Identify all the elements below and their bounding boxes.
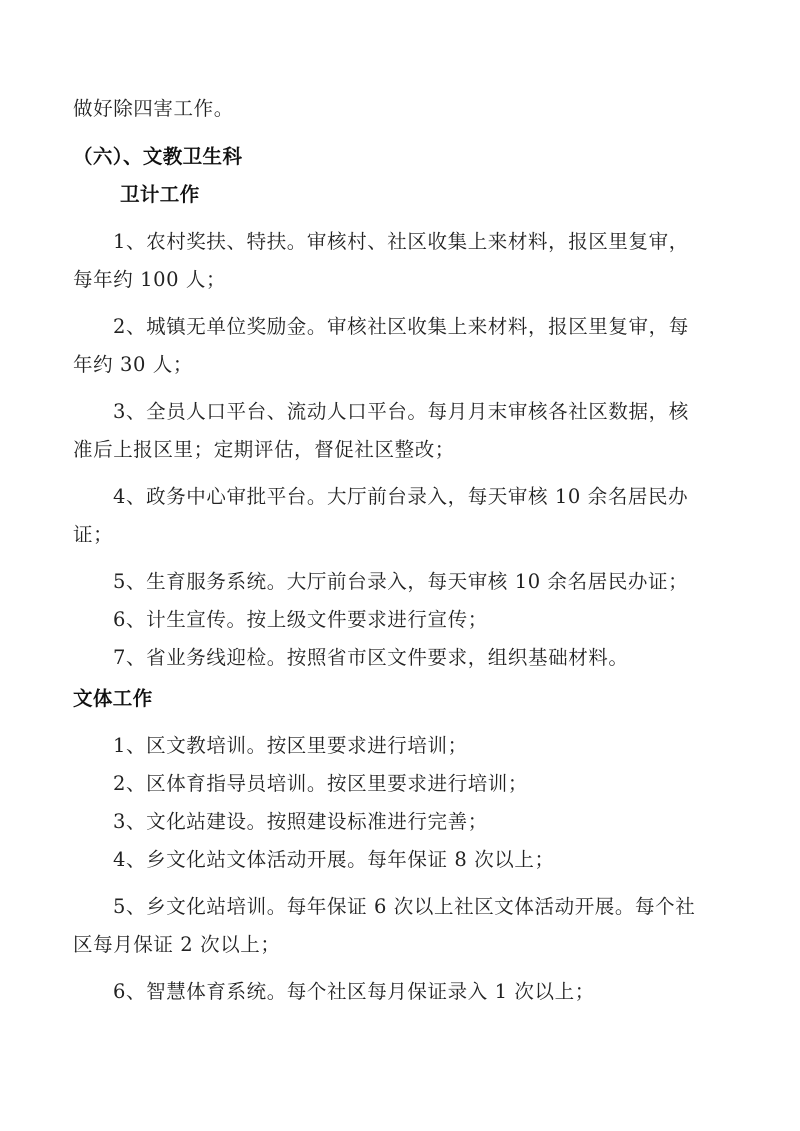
list-item-wenti-1: 1、区文教培训。按区里要求进行培训；: [113, 734, 468, 758]
body-line: 做好除四害工作。: [73, 97, 234, 121]
list-item-weiji-2-cont: 年约 30 人；: [73, 353, 193, 377]
list-item-weiji-1-cont: 每年约 100 人；: [73, 268, 226, 292]
list-item-wenti-6: 6、智慧体育系统。每个社区每月保证录入 1 次以上；: [113, 980, 595, 1004]
subheading-weiji-work: 卫计工作: [120, 183, 200, 207]
list-item-wenti-5-cont: 区每月保证 2 次以上；: [73, 933, 281, 957]
list-item-weiji-1: 1、农村奖扶、特扶。审核村、社区收集上来材料，报区里复审，: [113, 230, 689, 254]
list-item-weiji-7: 7、省业务线迎检。按照省市区文件要求，组织基础材料。: [113, 646, 629, 670]
list-item-wenti-3: 3、文化站建设。按照建设标准进行完善；: [113, 810, 488, 834]
list-item-weiji-3: 3、全员人口平台、流动人口平台。每月月末审核各社区数据，核: [113, 400, 689, 424]
list-item-weiji-4: 4、政务中心审批平台。大厅前台录入，每天审核 10 余名居民办: [113, 485, 688, 509]
list-item-weiji-6: 6、计生宣传。按上级文件要求进行宣传；: [113, 608, 488, 632]
list-item-wenti-4: 4、乡文化站文体活动开展。每年保证 8 次以上；: [113, 848, 555, 872]
list-item-wenti-2: 2、区体育指导员培训。按区里要求进行培训；: [113, 772, 528, 796]
list-item-weiji-3-cont: 准后上报区里；定期评估，督促社区整改；: [73, 438, 455, 462]
subheading-wenti-work: 文体工作: [73, 687, 153, 711]
list-item-weiji-4-cont: 证；: [73, 523, 113, 547]
section-heading-wenjiao-weisheng: （六）、文教卫生科: [73, 145, 242, 169]
document-page: 做好除四害工作。 （六）、文教卫生科 卫计工作 1、农村奖扶、特扶。审核村、社区…: [0, 0, 800, 1131]
list-item-weiji-2: 2、城镇无单位奖励金。审核社区收集上来材料，报区里复审，每: [113, 315, 689, 339]
list-item-weiji-5: 5、生育服务系统。大厅前台录入，每天审核 10 余名居民办证；: [113, 570, 688, 594]
list-item-wenti-5: 5、乡文化站培训。每年保证 6 次以上社区文体活动开展。每个社: [113, 895, 695, 919]
